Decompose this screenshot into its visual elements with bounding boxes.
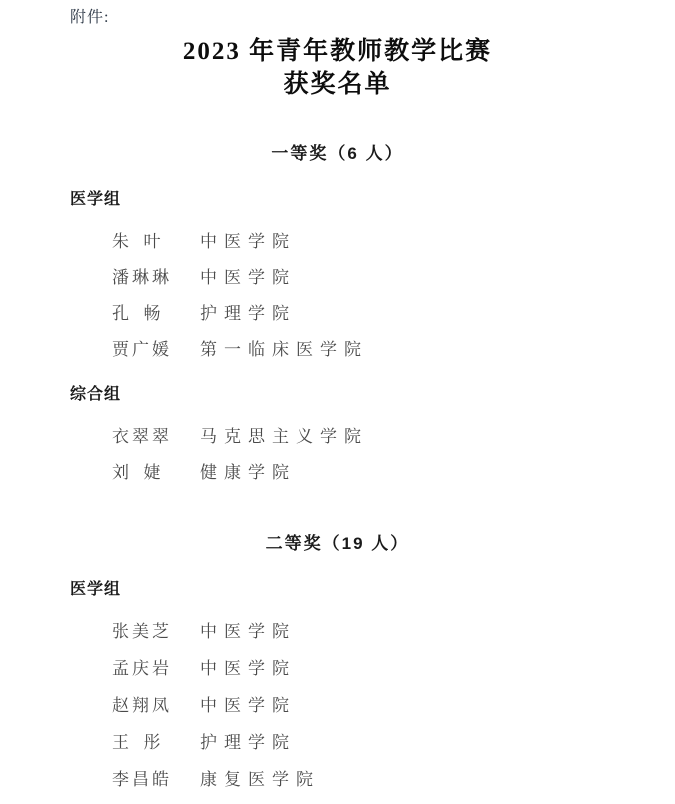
- prize-section: 一等奖（6 人）医学组朱 叶中医学院潘琳琳中医学院孔 畅护理学院贾广媛第一临床医…: [0, 143, 675, 483]
- prize-group: 综合组衣翠翠马克思主义学院刘 婕健康学院: [0, 385, 675, 483]
- winner-row: 王 彤护理学院: [112, 733, 675, 753]
- prize-heading: 一等奖（6 人）: [0, 143, 675, 165]
- winner-row: 孟庆岩中医学院: [112, 659, 675, 679]
- winner-institution: 中医学院: [200, 622, 296, 642]
- prize-heading: 二等奖（19 人）: [0, 533, 675, 555]
- document-page: 附件: 2023 年青年教师教学比赛 获奖名单 一等奖（6 人）医学组朱 叶中医…: [0, 0, 675, 804]
- sections-container: 一等奖（6 人）医学组朱 叶中医学院潘琳琳中医学院孔 畅护理学院贾广媛第一临床医…: [0, 143, 675, 790]
- prize-group: 医学组朱 叶中医学院潘琳琳中医学院孔 畅护理学院贾广媛第一临床医学院: [0, 190, 675, 360]
- winner-name: 李昌皓: [112, 770, 172, 790]
- winner-name: 孔 畅: [112, 304, 172, 324]
- winner-row: 孔 畅护理学院: [112, 304, 675, 324]
- winner-row: 潘琳琳中医学院: [112, 268, 675, 288]
- winner-name: 贾广媛: [112, 340, 172, 360]
- winner-institution: 中医学院: [200, 232, 296, 252]
- winner-row: 刘 婕健康学院: [112, 463, 675, 483]
- group-label: 医学组: [70, 580, 675, 600]
- winner-institution: 护理学院: [200, 733, 296, 753]
- winner-row: 赵翔凤中医学院: [112, 696, 675, 716]
- winner-row: 衣翠翠马克思主义学院: [112, 427, 675, 447]
- winner-row: 李昌皓康复医学院: [112, 770, 675, 790]
- document-title-line1: 2023 年青年教师教学比赛: [0, 35, 675, 68]
- winner-institution: 中医学院: [200, 268, 296, 288]
- winner-row: 贾广媛第一临床医学院: [112, 340, 675, 360]
- winner-institution: 中医学院: [200, 659, 296, 679]
- winner-name: 孟庆岩: [112, 659, 172, 679]
- winner-name: 王 彤: [112, 733, 172, 753]
- winner-name: 张美芝: [112, 622, 172, 642]
- winner-name: 衣翠翠: [112, 427, 172, 447]
- winner-institution: 马克思主义学院: [200, 427, 368, 447]
- winner-institution: 康复医学院: [200, 770, 320, 790]
- winner-row: 朱 叶中医学院: [112, 232, 675, 252]
- winner-institution: 第一临床医学院: [200, 340, 368, 360]
- winner-name: 潘琳琳: [112, 268, 172, 288]
- prize-section: 二等奖（19 人）医学组张美芝中医学院孟庆岩中医学院赵翔凤中医学院王 彤护理学院…: [0, 533, 675, 790]
- attachment-label: 附件:: [70, 8, 675, 28]
- winner-name: 赵翔凤: [112, 696, 172, 716]
- document-title-line2: 获奖名单: [0, 68, 675, 101]
- winner-name: 朱 叶: [112, 232, 172, 252]
- winner-row: 张美芝中医学院: [112, 622, 675, 642]
- winner-institution: 中医学院: [200, 696, 296, 716]
- winner-name: 刘 婕: [112, 463, 172, 483]
- prize-group: 医学组张美芝中医学院孟庆岩中医学院赵翔凤中医学院王 彤护理学院李昌皓康复医学院: [0, 580, 675, 790]
- winner-institution: 健康学院: [200, 463, 296, 483]
- group-label: 医学组: [70, 190, 675, 210]
- winner-institution: 护理学院: [200, 304, 296, 324]
- group-label: 综合组: [70, 385, 675, 405]
